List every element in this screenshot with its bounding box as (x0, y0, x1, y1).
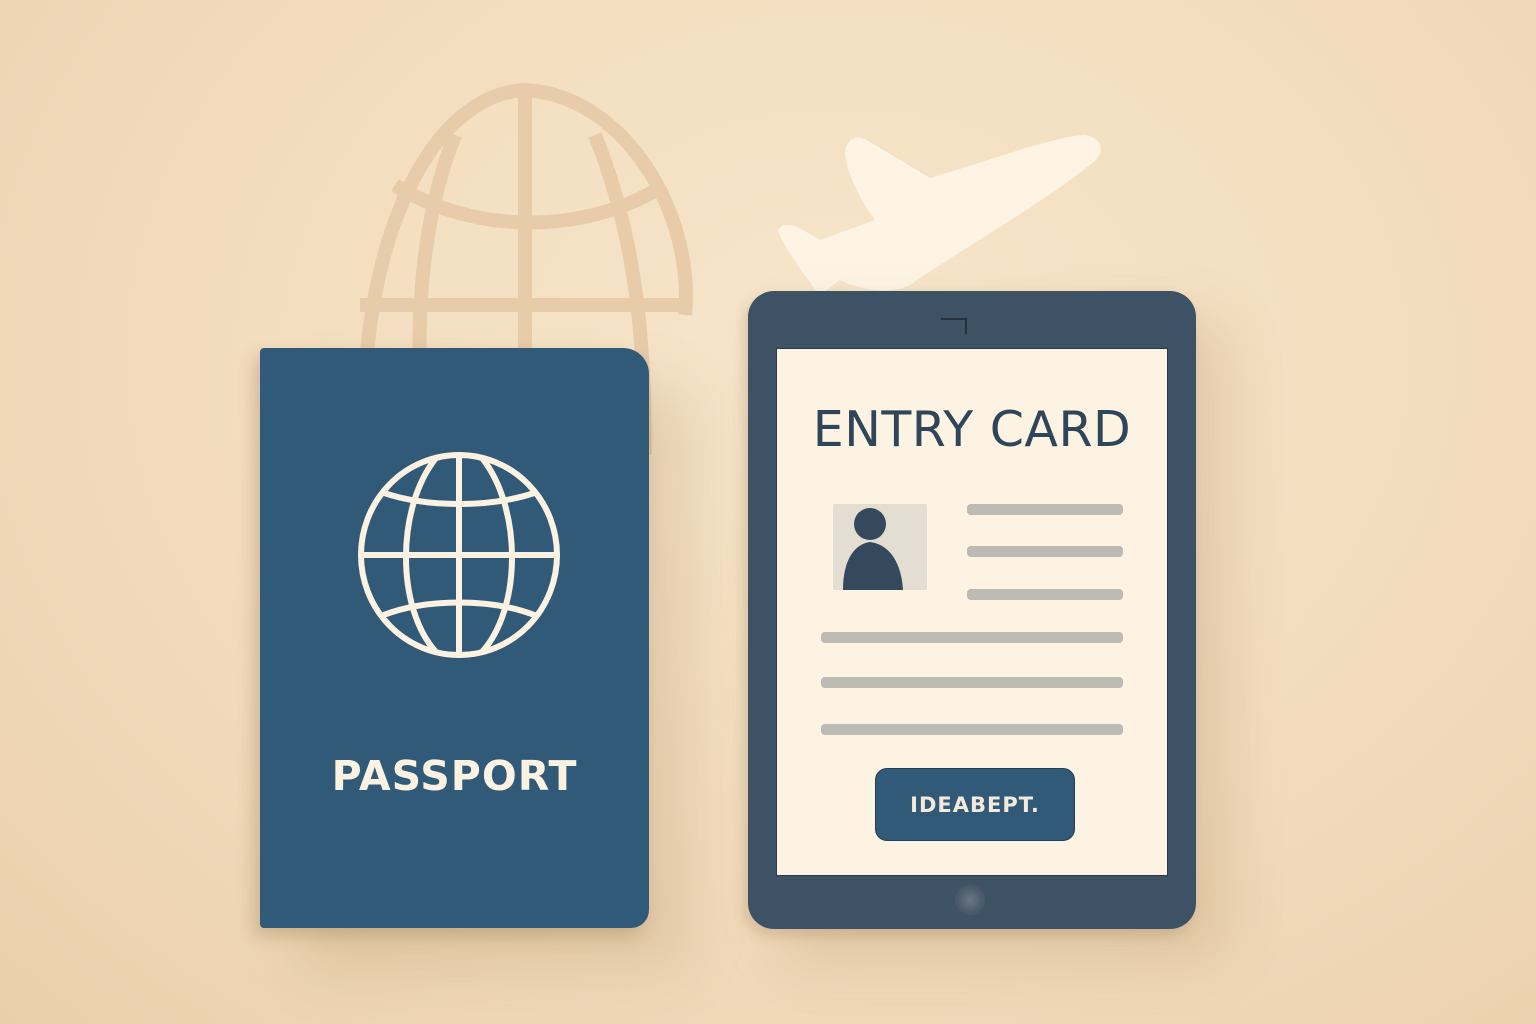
camera-icon (941, 318, 967, 334)
home-button[interactable] (955, 885, 985, 915)
submit-button[interactable]: IDEABEPT. (875, 768, 1075, 841)
tablet-device: ENTRY CARD IDEABEPT. (748, 291, 1196, 929)
text-line (967, 589, 1123, 600)
text-line (821, 724, 1123, 735)
person-silhouette-icon (833, 504, 927, 590)
text-line (967, 546, 1123, 557)
globe-icon (356, 448, 562, 662)
text-line (821, 677, 1123, 688)
passport-title: PASSPORT (260, 752, 649, 800)
background-airplane-icon (760, 120, 1120, 300)
photo-placeholder (833, 504, 927, 590)
entry-card-title: ENTRY CARD (777, 401, 1167, 458)
text-line (821, 632, 1123, 643)
entry-card-screen: ENTRY CARD IDEABEPT. (776, 348, 1168, 876)
text-line (967, 504, 1123, 515)
passport: PASSPORT (260, 348, 649, 928)
